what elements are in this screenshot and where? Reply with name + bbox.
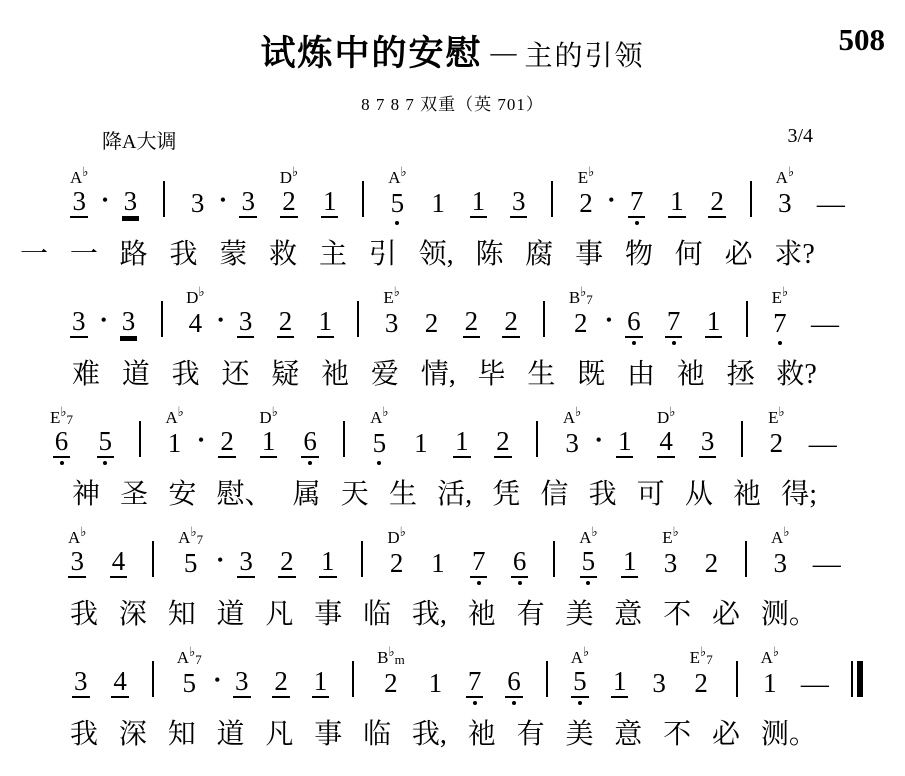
note: 1 <box>427 640 445 708</box>
chord-label <box>469 280 473 305</box>
note-digit: 7 <box>466 667 484 698</box>
music-system-3: E♭76 5 A♭1 • 2D♭1 6 A♭5 1 1 2 A♭3 • 1D♭4… <box>0 396 905 516</box>
note-digit: 1 <box>668 187 686 218</box>
chord-label <box>517 160 521 185</box>
note-digit: 6 <box>505 667 523 698</box>
barline-mark <box>746 301 748 337</box>
barline <box>550 160 554 228</box>
note: E♭3 <box>383 280 401 348</box>
chord-label <box>436 520 440 545</box>
octave-dot <box>512 701 516 705</box>
octave-dot <box>632 341 636 345</box>
chord-label <box>460 400 464 425</box>
music-system-2: 3 • 3 D♭4 • 3 2 1 E♭3 2 2 2 B♭72 • 6 7 1… <box>0 276 905 396</box>
flat-sign: ♭ <box>272 404 278 419</box>
lyric-char: 测。 <box>761 592 817 632</box>
chord-label <box>308 400 312 425</box>
note-digit: 5 <box>97 427 115 458</box>
chord-label: A♭ <box>388 160 406 185</box>
lyric-char: 必 <box>712 712 740 752</box>
note: D♭2 <box>387 520 405 588</box>
note: A♭5 <box>571 640 589 708</box>
title-row: 试炼中的安慰—主的引领 <box>0 0 905 76</box>
chord-label: D♭ <box>387 520 405 545</box>
lyric-char: 道 <box>217 712 245 752</box>
augmentation-dot: • <box>102 193 108 209</box>
flat-sign: ♭ <box>592 524 598 539</box>
note-digit: 5 <box>580 547 598 578</box>
note: 1 <box>705 280 723 348</box>
note: A♭75 <box>177 640 202 708</box>
octave-dot <box>518 581 522 585</box>
note-digit: 2 <box>272 667 290 698</box>
chord-label <box>634 160 638 185</box>
note: 1 <box>319 520 337 588</box>
duration-dot: • <box>220 160 226 228</box>
chord-label <box>116 520 120 545</box>
lyric-char: 凡 <box>265 712 293 752</box>
note: 7 <box>470 520 488 588</box>
note-digit: 2 <box>463 307 481 338</box>
augmentation-dot: • <box>606 313 612 329</box>
note: A♭75 <box>178 520 203 588</box>
lyric-char: 我 <box>589 472 617 512</box>
note: 1 <box>453 400 471 468</box>
lyric-char: 祂 <box>468 712 496 752</box>
barline <box>361 160 365 228</box>
chord-label <box>628 520 632 545</box>
lyric-char: 祂 <box>468 592 496 632</box>
augmentation-dot: • <box>217 553 223 569</box>
chord-label <box>709 520 713 545</box>
barline <box>356 280 360 348</box>
lyric-char: 情, <box>421 352 456 392</box>
chord-label <box>246 160 250 185</box>
note-digit: 1 <box>705 307 723 338</box>
duration-dot: • <box>606 280 612 348</box>
chord-label: E♭ <box>772 280 789 305</box>
lyric-char: 临 <box>363 712 391 752</box>
flat-sign: ♭ <box>588 164 594 179</box>
chord-label <box>813 640 817 665</box>
note-digit: 2 <box>382 669 400 698</box>
note: 3 <box>122 160 140 228</box>
note: B♭m2 <box>377 640 405 708</box>
note-digit: 2 <box>768 429 786 458</box>
final-barline-mark <box>851 661 863 697</box>
chord-label <box>433 640 437 665</box>
barline-mark <box>741 421 743 457</box>
note-digit: 1 <box>166 429 184 458</box>
lyric-char: 深 <box>119 592 147 632</box>
chord-label: A♭ <box>70 160 88 185</box>
note: E♭76 <box>50 400 73 468</box>
page-subtitle: 主的引领 <box>525 41 645 72</box>
augmentation-dot: • <box>198 433 204 449</box>
augmentation-dot: • <box>608 193 614 209</box>
flat-sign: ♭ <box>82 164 88 179</box>
lyric-char: 主 <box>319 232 347 272</box>
octave-dot <box>778 341 782 345</box>
octave-dot <box>586 581 590 585</box>
chord-label <box>436 160 440 185</box>
chord-label <box>618 640 622 665</box>
lyric-char: 祂 <box>321 352 349 392</box>
lyric-char: 安 <box>168 472 196 512</box>
lyric-char: 属 <box>293 472 321 512</box>
note-digit: 5 <box>389 189 407 218</box>
note: 1 <box>412 400 430 468</box>
lyric-char: 美 <box>565 712 593 752</box>
note: E♭2 <box>577 160 595 228</box>
note: 1 <box>312 640 330 708</box>
flat-sign: ♭ <box>178 404 184 419</box>
note-digit: 4 <box>657 427 675 458</box>
lyric-char: 神 <box>72 472 100 512</box>
lyric-char: 我 <box>70 592 98 632</box>
flat-sign: ♭ <box>292 164 298 179</box>
lyric-char: 既 <box>577 352 605 392</box>
barline <box>749 160 753 228</box>
barline-mark <box>536 421 538 457</box>
sustain-dash: — <box>817 191 845 218</box>
note-digit: 3 <box>699 427 717 458</box>
barline-mark <box>161 301 163 337</box>
music-system-4: A♭3 4 A♭75 • 3 2 1 D♭2 1 7 6 A♭5 1E♭3 2 … <box>0 516 905 636</box>
note: 1 <box>317 280 335 348</box>
chord-label <box>609 160 613 185</box>
note: 3 <box>510 160 528 228</box>
note: E♭72 <box>690 640 713 708</box>
meter-text: 8 7 8 7 双重（英 701） <box>0 90 905 115</box>
lyric-char: 慰、 <box>216 472 272 512</box>
sustain-dash: — <box>801 671 829 698</box>
note: 3 <box>120 280 138 348</box>
barline-mark <box>357 301 359 337</box>
note: 2 <box>218 400 236 468</box>
chord-label <box>244 520 248 545</box>
note: 3 <box>237 520 255 588</box>
note: 1 <box>321 160 339 228</box>
augmentation-dot: • <box>596 433 602 449</box>
note: 6 <box>505 640 523 708</box>
note: 3 <box>233 640 251 708</box>
barline-mark <box>546 661 548 697</box>
note-digit: 1 <box>611 667 629 698</box>
lyric-char: 由 <box>627 352 655 392</box>
lyric-char: 有 <box>517 592 545 632</box>
duration-dot: • <box>198 400 204 468</box>
lyrics-line-4: 我深知道凡事临我,祂有美意不必测。 <box>0 588 905 636</box>
note: 6 <box>625 280 643 348</box>
note-digit: 6 <box>625 307 643 338</box>
chord-label <box>128 160 132 185</box>
lyric-char: 我, <box>412 592 447 632</box>
augmentation-dot: • <box>218 313 224 329</box>
note-digit: 3 <box>771 549 789 578</box>
barline-mark <box>750 181 752 217</box>
note-digit: 1 <box>429 189 447 218</box>
note-digit: 2 <box>692 669 710 698</box>
chord-label <box>326 520 330 545</box>
barline <box>138 400 142 468</box>
barline-mark <box>736 661 738 697</box>
chord-label <box>706 400 710 425</box>
note-digit: 3 <box>72 667 90 698</box>
chord-label: A♭ <box>165 400 183 425</box>
chord-label <box>501 400 505 425</box>
flat-sign: ♭ <box>673 524 679 539</box>
note: 2 <box>423 280 441 348</box>
barline <box>552 520 556 588</box>
chord-label <box>79 640 83 665</box>
lyric-char: 祂 <box>677 352 705 392</box>
flat-sign: ♭ <box>773 644 779 659</box>
dash: — <box>813 520 841 588</box>
chord-label: E♭ <box>383 280 400 305</box>
duration-dot: • <box>101 280 107 348</box>
note-digit: 2 <box>577 189 595 218</box>
chord-label <box>77 280 81 305</box>
barline-mark <box>543 301 545 337</box>
chord-label: A♭ <box>771 520 789 545</box>
title-dash: — <box>491 38 517 67</box>
dash: — <box>817 160 845 228</box>
lyric-char: 生 <box>389 472 417 512</box>
lyric-char: 我 <box>169 232 197 272</box>
note-digit: 2 <box>278 547 296 578</box>
note: A♭3 <box>776 160 794 228</box>
hymn-number: 508 <box>839 22 886 58</box>
note-digit: 1 <box>319 547 337 578</box>
note: D♭2 <box>280 160 298 228</box>
note-digit: 3 <box>189 189 207 218</box>
barline <box>740 400 744 468</box>
chord-label <box>318 640 322 665</box>
note: A♭1 <box>165 400 183 468</box>
lyric-char: 腐 <box>525 232 553 272</box>
lyric-char: 必 <box>712 592 740 632</box>
note: A♭3 <box>771 520 789 588</box>
hymn-sheet-page: 508 试炼中的安慰—主的引领 8 7 8 7 双重（英 701） 降A大调 3… <box>0 0 905 776</box>
note-digit: 1 <box>260 427 278 458</box>
notes-line-4: A♭3 4 A♭75 • 3 2 1 D♭2 1 7 6 A♭5 1E♭3 2 … <box>0 516 905 588</box>
note: 2 <box>272 640 290 708</box>
chord-label <box>221 160 225 185</box>
note-digit: 6 <box>53 427 71 458</box>
flat-sign: ♭ <box>779 404 785 419</box>
lyric-char: 求? <box>774 232 814 272</box>
note-digit: 7 <box>665 307 683 338</box>
note: 3 <box>699 400 717 468</box>
lyric-char: 毕 <box>478 352 506 392</box>
flat-sign: ♭ <box>783 524 789 539</box>
lyric-char: 难 <box>72 352 100 392</box>
chord-label <box>821 400 825 425</box>
lyrics-line-2: 难道我还疑祂爱情,毕生既由祂拯救? <box>0 348 905 396</box>
notation-area: A♭3 • 3 3 • 3D♭2 1 A♭5 1 1 3 E♭2 • 7 1 2… <box>0 156 905 756</box>
notes-line-3: E♭76 5 A♭1 • 2D♭1 6 A♭5 1 1 2 A♭3 • 1D♭4… <box>0 396 905 468</box>
lyric-char: 物 <box>625 232 653 272</box>
note: 1 <box>470 160 488 228</box>
note: A♭5 <box>388 160 406 228</box>
lyric-char: 从 <box>685 472 713 512</box>
chord-label <box>103 400 107 425</box>
lyrics-line-3: 神圣安慰、属天生活,凭信我可从祂得; <box>0 468 905 516</box>
note-digit: 3 <box>237 307 255 338</box>
barline-mark <box>352 661 354 697</box>
lyric-char: 何 <box>675 232 703 272</box>
chord-label: A♭ <box>68 520 86 545</box>
note-digit: 1 <box>427 669 445 698</box>
chord-label: A♭ <box>571 640 589 665</box>
dash: — <box>811 280 839 348</box>
chord-label <box>477 520 481 545</box>
note-digit: 1 <box>761 669 779 698</box>
note-digit: 3 <box>120 307 138 338</box>
flat-sign: ♭ <box>394 284 400 299</box>
note-digit: 1 <box>470 187 488 218</box>
chord-label <box>476 160 480 185</box>
note: 2 <box>703 520 721 588</box>
lyric-char: 救? <box>776 352 816 392</box>
verse-number: 一 <box>20 232 48 272</box>
lyric-char: 我 <box>70 712 98 752</box>
barline-mark <box>152 541 154 577</box>
note-digit: 3 <box>776 189 794 218</box>
lyric-char: 还 <box>221 352 249 392</box>
barline-mark <box>152 661 154 697</box>
octave-dot <box>477 581 481 585</box>
chord-label <box>675 160 679 185</box>
chord-label: E♭ <box>578 160 595 185</box>
note-digit: 3 <box>122 187 140 218</box>
chord-label <box>103 160 107 185</box>
notes-line-5: 3 4 A♭75 • 3 2 1 B♭m2 1 7 6 A♭5 1 3E♭72 … <box>0 636 905 708</box>
note-digit: 2 <box>572 309 590 338</box>
note-digit: 5 <box>571 667 589 698</box>
note-digit: 5 <box>182 549 200 578</box>
note-digit: 7 <box>628 187 646 218</box>
chord-label <box>215 640 219 665</box>
barline <box>545 640 549 708</box>
note: 2 <box>277 280 295 348</box>
lyric-char: 祂 <box>733 472 761 512</box>
lyric-char: 活, <box>437 472 472 512</box>
barline <box>743 520 747 588</box>
note: 2 <box>708 160 726 228</box>
chord-label <box>657 640 661 665</box>
note-digit: 4 <box>187 309 205 338</box>
note: 1 <box>668 160 686 228</box>
note-digit: 1 <box>321 187 339 218</box>
note-digit: 3 <box>70 307 88 338</box>
flat-sign: ♭ <box>400 524 406 539</box>
chord-label <box>823 280 827 305</box>
note: 1 <box>429 520 447 588</box>
note: 2 <box>278 520 296 588</box>
flat-sign: ♭ <box>583 644 589 659</box>
flat-sign: ♭ <box>401 164 407 179</box>
barline <box>160 280 164 348</box>
notes-line-1: A♭3 • 3 3 • 3D♭2 1 A♭5 1 1 3 E♭2 • 7 1 2… <box>0 156 905 228</box>
chord-label <box>219 280 223 305</box>
note-digit: 3 <box>70 187 88 218</box>
lyric-char: 临 <box>363 592 391 632</box>
chord-label <box>623 400 627 425</box>
note: 3 <box>70 280 88 348</box>
flat-sign: ♭ <box>80 524 86 539</box>
chord-label: D♭ <box>657 400 675 425</box>
note: A♭3 <box>563 400 581 468</box>
lyric-char: 不 <box>663 712 691 752</box>
lyric-char: 事 <box>314 592 342 632</box>
augmentation-dot: • <box>215 673 221 689</box>
duration-dot: • <box>102 160 108 228</box>
lyric-char: 有 <box>517 712 545 752</box>
note: E♭3 <box>662 520 680 588</box>
lyric-char: 意 <box>614 712 642 752</box>
note: 1 <box>616 400 634 468</box>
lyric-char: 意 <box>614 592 642 632</box>
lyric-char: 知 <box>168 712 196 752</box>
note: 2 <box>502 280 520 348</box>
octave-dot <box>60 461 64 465</box>
chord-label: D♭ <box>280 160 298 185</box>
note: A♭3 <box>68 520 86 588</box>
lyric-char: 天 <box>341 472 369 512</box>
chord-label: A♭ <box>761 640 779 665</box>
note: A♭5 <box>579 520 597 588</box>
octave-dot <box>103 461 107 465</box>
note: 2 <box>494 400 512 468</box>
lyric-char: 领, <box>419 232 454 272</box>
sustain-dash: — <box>809 431 837 458</box>
chord-label <box>323 280 327 305</box>
barline <box>162 160 166 228</box>
chord-label <box>829 160 833 185</box>
lyric-char: 路 <box>120 232 148 272</box>
chord-label <box>509 280 513 305</box>
lyric-char: 深 <box>119 712 147 752</box>
note: D♭4 <box>186 280 204 348</box>
note: A♭3 <box>70 160 88 228</box>
barline <box>745 280 749 348</box>
note: A♭1 <box>761 640 779 708</box>
augmentation-dot: • <box>220 193 226 209</box>
note-digit: 2 <box>218 427 236 458</box>
note: 5 <box>97 400 115 468</box>
chord-label: E♭ <box>662 520 679 545</box>
barline <box>151 520 155 588</box>
note-digit: 3 <box>662 549 680 578</box>
lyric-char: 道 <box>122 352 150 392</box>
note-digit: 3 <box>650 669 668 698</box>
lyric-char: 测。 <box>761 712 817 752</box>
note-digit: 2 <box>708 187 726 218</box>
chord-label <box>328 160 332 185</box>
octave-dot <box>578 701 582 705</box>
note: 3 <box>72 640 90 708</box>
note-digit: 2 <box>277 307 295 338</box>
note: E♭7 <box>771 280 789 348</box>
duration-dot: • <box>608 160 614 228</box>
lyric-char: 信 <box>540 472 568 512</box>
note: D♭1 <box>259 400 277 468</box>
note-digit: 4 <box>110 547 128 578</box>
flat-sign: ♭ <box>382 404 388 419</box>
octave-dot <box>377 461 381 465</box>
